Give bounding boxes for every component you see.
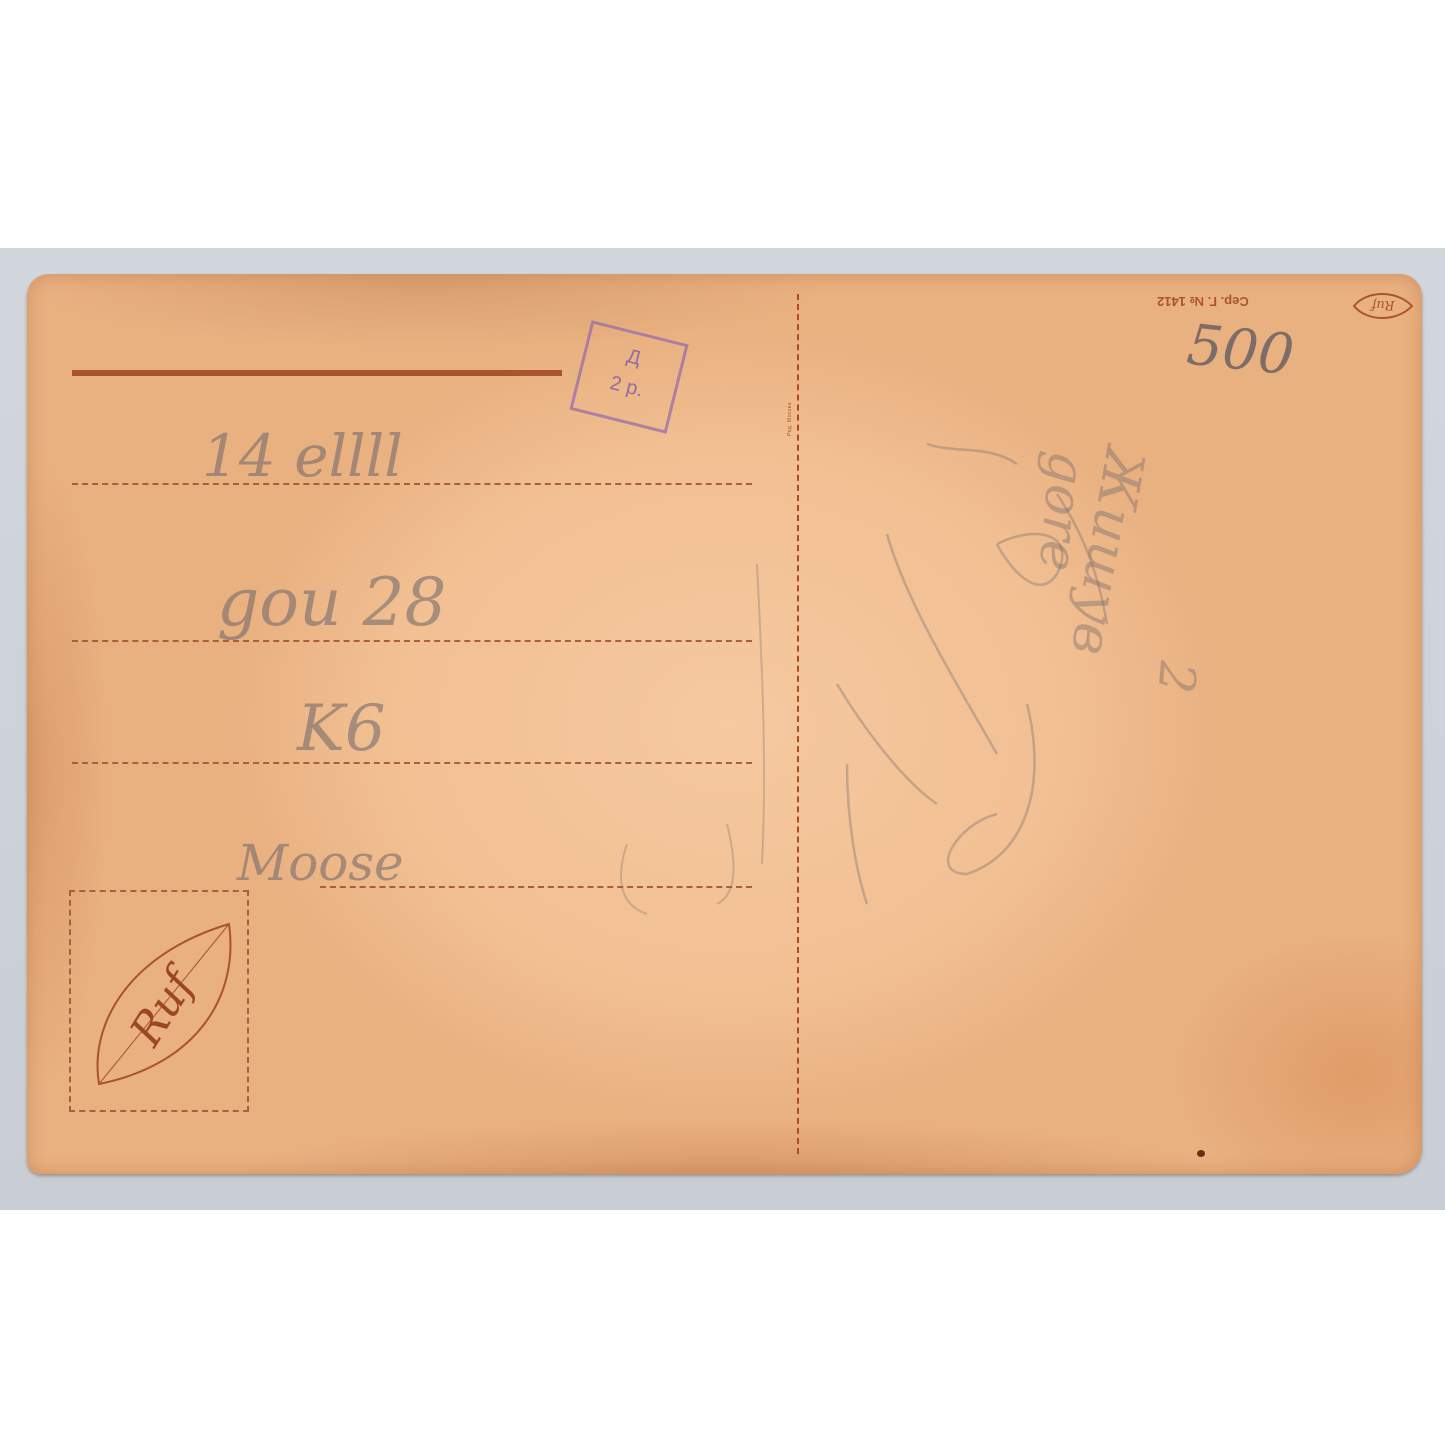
postal-stamp: Д 2 р. <box>569 320 688 433</box>
address-line <box>72 483 752 485</box>
series-imprint: Сер. Г. № 1412 <box>1157 294 1249 309</box>
publisher-leaf-icon: Ruf <box>1352 290 1414 322</box>
faint-pencil-scribbles <box>587 544 787 924</box>
svg-text:Ruf: Ruf <box>1369 297 1395 312</box>
ink-spot <box>1197 1150 1205 1157</box>
pencil-note-line: gou 28 <box>217 564 446 641</box>
publisher-monogram: Ruf <box>120 956 209 1056</box>
pencil-note-line: 14 ellll <box>202 422 403 490</box>
address-rule <box>72 370 562 376</box>
divider-microtext: Ред. Москва <box>787 344 807 494</box>
faint-pencil-scribbles <box>807 404 1167 924</box>
postcard-back: Ред. Москва Д 2 р. Сер. Г. № 1412 Ruf Ru… <box>27 274 1422 1174</box>
pencil-note-line: K6 <box>297 692 386 766</box>
publisher-leaf-icon: Ruf <box>89 914 239 1094</box>
pencil-price: 500 <box>1184 313 1297 389</box>
pencil-note-line: Moose <box>237 834 404 892</box>
